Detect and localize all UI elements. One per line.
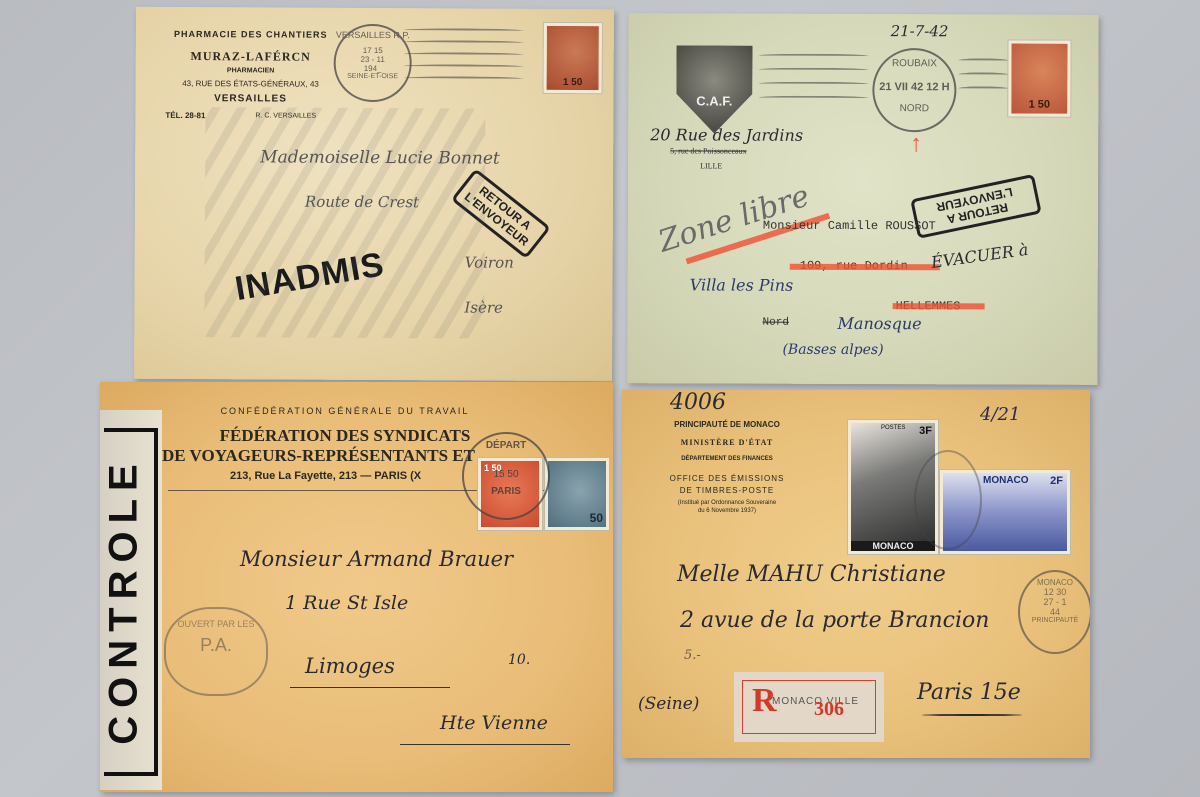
postmark-text: DÉPART (464, 440, 548, 451)
letterhead-line: DE TIMBRES-POSTE (622, 486, 832, 495)
address-line: Limoges (305, 654, 395, 678)
typed-address-region: Nord (763, 317, 789, 329)
cancellation-wave (404, 40, 524, 45)
sender-city: LILLE (700, 161, 722, 170)
stamp-label: MONACO (983, 475, 1029, 486)
address-line: (Seine) (638, 694, 699, 714)
cancellation-wave (958, 86, 1008, 90)
cancellation-wave (758, 82, 868, 86)
registration-number: 306 (814, 698, 844, 721)
typed-address-name: Monsieur Camille ROUSSOT (763, 219, 936, 234)
address-line: Hte Vienne (440, 712, 548, 734)
cancellation-wave (404, 28, 524, 33)
letterhead-line: OFFICE DES ÉMISSIONS (622, 474, 832, 483)
address-line: 1 Rue St Isle (285, 592, 408, 614)
letterhead-city: VERSAILLES (135, 93, 365, 105)
letterhead-phone: TÉL. 28-81 (165, 111, 205, 120)
sender-handwritten: 20 Rue des Jardins (650, 125, 803, 145)
emblem-text: C.A.F. (676, 93, 752, 108)
stamp-value: 2F (1050, 475, 1063, 487)
cancellation-wave (404, 52, 524, 57)
stamp-label: MONACO (851, 541, 935, 551)
forward-address-line: Villa les Pins (690, 275, 794, 294)
cancellation-wave (404, 76, 524, 81)
letterhead-title: PHARMACIEN (136, 67, 366, 75)
censor-tape: CONTROLE (100, 410, 162, 790)
red-strike (893, 303, 985, 309)
postmark-date: 27 - 1 (1020, 597, 1090, 607)
postmark-year: 194_ (336, 64, 410, 73)
censor-oval-mark: OUVERT PAR LES P.A. (164, 607, 268, 696)
censor-label: CONTROLE (102, 451, 147, 751)
postmark-city: PARIS (464, 486, 548, 497)
censor-mark-code: P.A. (166, 635, 266, 656)
envelope-monaco: 4006 4/21 PRINCIPAUTÉ DE MONACO MINISTÈR… (622, 390, 1090, 758)
stamp-value: 3F (919, 425, 932, 437)
underline (922, 714, 1022, 716)
letterhead-line: DE VOYAGEURS-REPRÉSENTANTS ET (162, 446, 502, 466)
sender-printed-street: 5, rue des Poissonceaux (670, 146, 746, 155)
censor-mark-text: OUVERT PAR LES (166, 619, 266, 629)
postmark-datetime: 21 VII 42 12 H (874, 81, 954, 93)
underline (290, 687, 450, 688)
forward-address-line: (Basses alpes) (782, 342, 883, 358)
postmark-time: 17 15 (336, 46, 410, 55)
envelope-versailles: PHARMACIE DES CHANTIERS MURAZ-LAFÉRCN PH… (134, 7, 614, 381)
postmark-region: SEINE-ET-OISE (336, 73, 410, 80)
letterhead-line: MINISTÈRE D'ÉTAT (622, 438, 832, 447)
address-line: 10. (508, 652, 530, 668)
caf-emblem-shield: C.A.F. (676, 45, 752, 133)
postmark-region: NORD (874, 103, 954, 114)
postage-stamp: 1 50 (544, 23, 602, 93)
postmark-city: VERSAILLES R.P. (336, 30, 410, 40)
envelope-cgt: CONTROLE CONFÉDÉRATION GÉNÉRALE DU TRAVA… (100, 382, 613, 792)
address-line: Monsieur Armand Brauer (240, 547, 513, 571)
stamp-value: 1 50 (1011, 99, 1067, 111)
letterhead-line: DÉPARTEMENT DES FINANCES (622, 456, 832, 462)
letterhead-address: 43, RUE DES ÉTATS-GÉNÉRAUX, 43 (136, 79, 366, 89)
postmark-circle: DÉPART 15 50 PARIS (462, 432, 550, 520)
postmark-date: 23 - 11 (336, 55, 410, 64)
pencil-scribble (204, 107, 485, 338)
red-strike (790, 264, 940, 271)
envelope-lille: C.A.F. 21-7-42 ROUBAIX 21 VII 42 12 H NO… (627, 13, 1098, 385)
postmark-year: 44 (1020, 607, 1090, 617)
date-note: 21-7-42 (891, 22, 949, 40)
address-line: Melle MAHU Christiane (677, 562, 946, 587)
cancellation-wave (958, 72, 1008, 76)
letterhead-name: MURAZ-LAFÉRCN (136, 49, 366, 65)
cancellation-wave (958, 58, 1008, 62)
letterhead-line: PRINCIPAUTÉ DE MONACO (622, 420, 832, 429)
postmark-city: MONACO (1020, 578, 1090, 587)
corner-note: 4/21 (980, 404, 1020, 425)
letterhead-line: CONFÉDÉRATION GÉNÉRALE DU TRAVAIL (170, 406, 520, 416)
reference-number: 4006 (670, 390, 726, 415)
postmark-city: ROUBAIX (874, 58, 954, 69)
postage-stamp: 1 50 (1008, 41, 1070, 117)
cancellation-wave (404, 64, 524, 69)
letterhead-address: 213, Rue La Fayette, 213 — PARIS (X (230, 470, 421, 482)
fee-note: 5.- (684, 648, 701, 663)
letterhead-line: du 6 Novembre 1937) (622, 508, 832, 514)
stamp-value: 50 (590, 511, 603, 525)
arrow-up-icon: ↑ (910, 132, 922, 156)
postmark-circle: VERSAILLES R.P. 17 15 23 - 11 194_ SEINE… (333, 24, 411, 102)
letterhead-line: (Institué par Ordonnance Souveraine (622, 500, 832, 506)
cancellation-wave (758, 68, 868, 72)
underline (400, 744, 570, 745)
partial-postmark (914, 450, 982, 550)
evacuer-note: ÉVACUER à (930, 240, 1029, 272)
postmark-circle: MONACO 12 30 27 - 1 44 PRINCIPAUTÉ (1018, 570, 1090, 654)
postmark-circle: ROUBAIX 21 VII 42 12 H NORD (872, 48, 956, 132)
registration-label: R MONACO VILLE 306 (734, 672, 884, 742)
cancellation-wave (758, 96, 868, 100)
postage-stamp: 50 (545, 458, 609, 530)
letterhead-line: PHARMACIE DES CHANTIERS (136, 29, 366, 40)
cancellation-wave (758, 54, 868, 58)
address-line: Paris 15e (917, 680, 1021, 705)
forward-address-line: Manosque (838, 314, 922, 333)
postmark-time: 15 50 (464, 469, 548, 480)
address-line: 2 avue de la porte Brancion (680, 608, 989, 633)
stamp-caption: POSTES (881, 425, 905, 431)
postmark-time: 12 30 (1020, 587, 1090, 597)
postmark-text: PRINCIPAUTÉ (1020, 617, 1090, 624)
stamp-value: 1 50 (547, 77, 599, 88)
